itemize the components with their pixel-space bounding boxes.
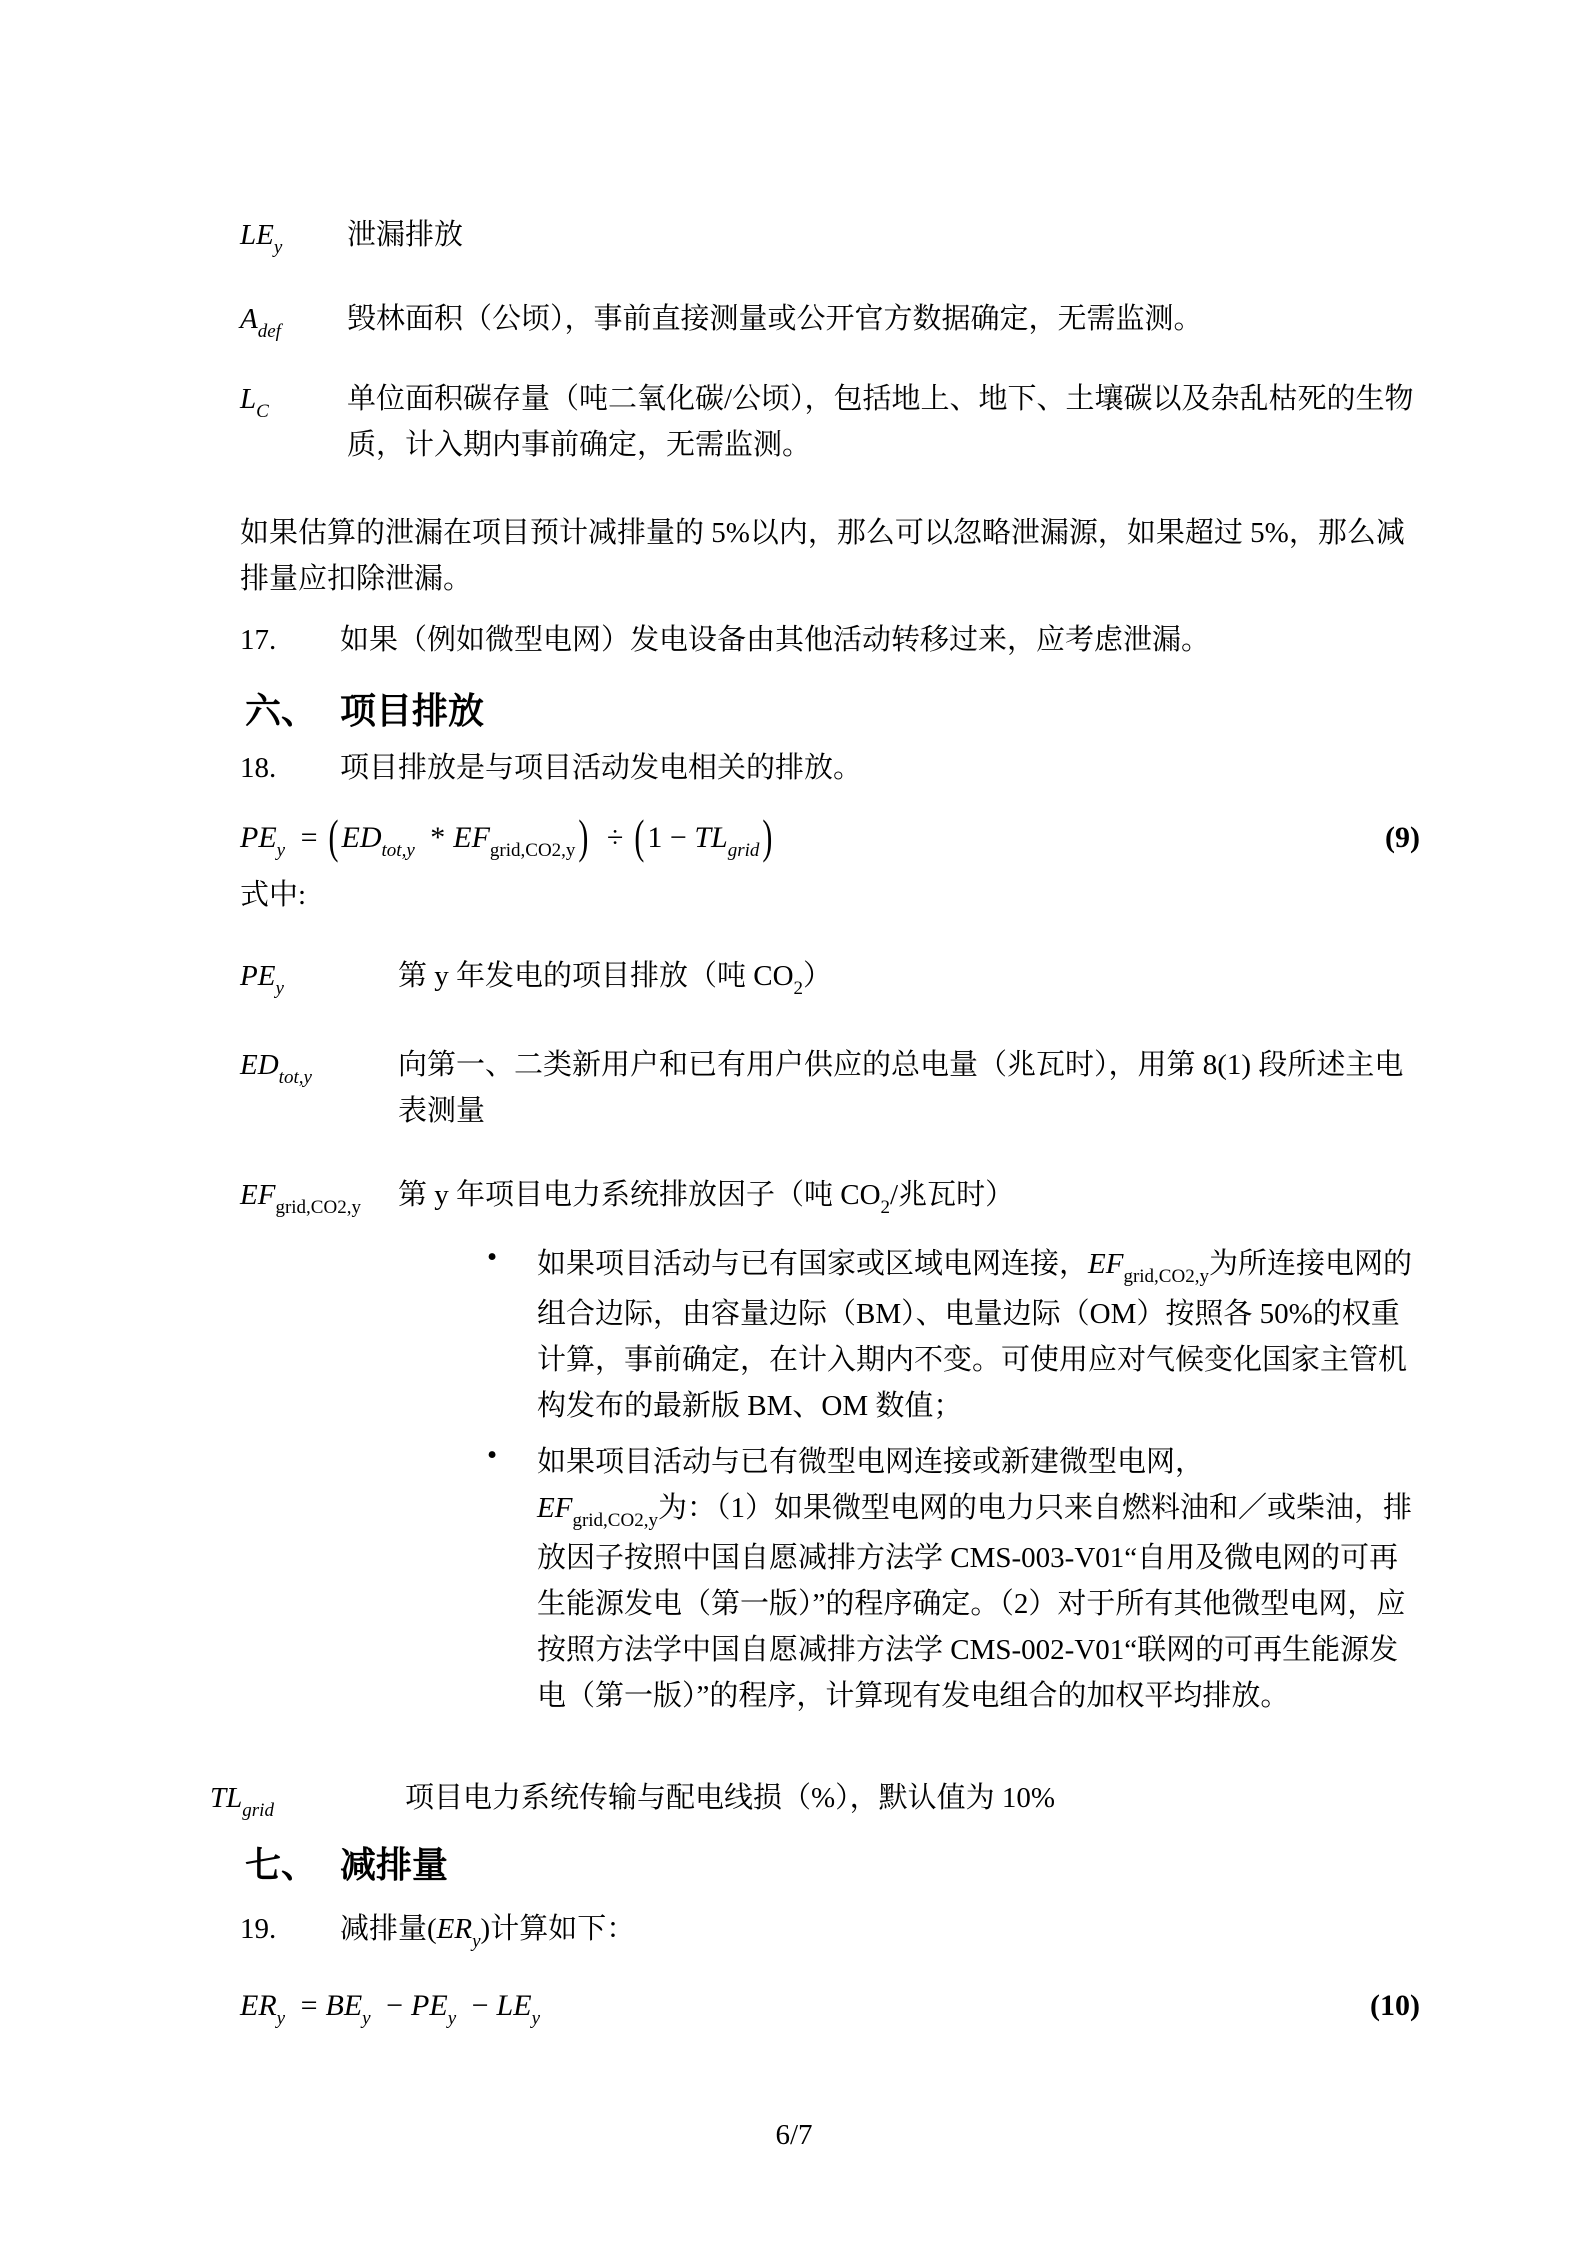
- formula-subscript: y: [277, 840, 285, 861]
- section-heading-6: 六、项目排放: [240, 686, 1420, 736]
- formula-subscript: tot,y: [382, 840, 415, 861]
- equals-sign: =: [301, 821, 318, 854]
- item-number: 17.: [240, 617, 340, 663]
- symbol-definition: 第 y 年发电的项目排放（吨 CO2）: [398, 953, 1420, 1003]
- heading-label: 减排量: [340, 1845, 448, 1885]
- symbol-base: L: [240, 383, 256, 415]
- minus-sign: −: [472, 1989, 489, 2022]
- formula-term: ED: [342, 821, 382, 854]
- item-text: 项目排放是与项目活动发电相关的排放。: [340, 752, 862, 784]
- definition-text: ）: [803, 960, 832, 992]
- symbol-definition: 向第一、二类新用户和已有用户供应的总电量（兆瓦时），用第 8(1) 段所述主电表…: [398, 1042, 1420, 1134]
- heading-number: 六、: [245, 686, 340, 736]
- symbol-base: LE: [240, 219, 274, 251]
- bullet-item-microgrid: • 如果项目活动与已有微型电网连接或新建微型电网， EFgrid,CO2,y为：…: [487, 1439, 1420, 1719]
- bullet-icon: •: [487, 1241, 537, 1429]
- open-paren: (: [634, 811, 644, 865]
- symbol-definition: 项目电力系统传输与配电线损（%），默认值为 10%: [405, 1775, 1420, 1825]
- symbol-base: ED: [240, 1049, 279, 1081]
- item-text-post: )计算如下：: [481, 1913, 636, 1945]
- symbol-subscript: tot,y: [279, 1067, 312, 1088]
- close-paren: ): [578, 811, 588, 865]
- formula-constant: 1 −: [647, 821, 686, 854]
- symbol-definition: 毁林面积（公顷），事前直接测量或公开官方数据确定，无需监测。: [347, 296, 1420, 346]
- symbol-definition: 第 y 年项目电力系统排放因子（吨 CO2/兆瓦时）: [398, 1172, 1420, 1222]
- symbol-row-ley: LEy 泄漏排放: [240, 212, 1420, 262]
- symbol-row-pe: PEy 第 y 年发电的项目排放（吨 CO2）: [240, 953, 1420, 1003]
- inline-formula-subscript: grid,CO2,y: [1123, 1266, 1209, 1287]
- item-19: 19.减排量(ERy)计算如下：: [240, 1906, 1420, 1956]
- item-number: 19.: [240, 1906, 340, 1952]
- equals-sign: =: [301, 1989, 318, 2022]
- formula-9: PEy =(EDtot,y *EFgrid,CO2,y) ÷(1 − TLgri…: [240, 808, 1420, 868]
- bullet-icon: •: [487, 1439, 537, 1719]
- symbol-subscript: C: [256, 401, 269, 422]
- bullet-text: 如果项目活动与已有国家或区域电网连接，EFgrid,CO2,y为所连接电网的组合…: [537, 1241, 1420, 1429]
- heading-label: 项目排放: [340, 691, 484, 731]
- formula-term: TL: [694, 821, 727, 854]
- symbol-row-ed: EDtot,y 向第一、二类新用户和已有用户供应的总电量（兆瓦时），用第 8(1…: [240, 1042, 1420, 1134]
- formula-9-expression: PEy =(EDtot,y *EFgrid,CO2,y) ÷(1 − TLgri…: [240, 821, 775, 855]
- item-number: 18.: [240, 745, 340, 791]
- symbol-base: A: [240, 303, 258, 335]
- item-17: 17.如果（例如微型电网）发电设备由其他活动转移过来，应考虑泄漏。: [240, 617, 1420, 663]
- minus-sign: −: [386, 1989, 403, 2022]
- inline-formula-base: EF: [1088, 1248, 1123, 1280]
- divide-sign: ÷: [607, 821, 623, 854]
- symbol-term: LEy: [240, 212, 347, 262]
- symbol-subscript: grid: [242, 1800, 274, 1821]
- formula-subscript: y: [532, 2008, 540, 2029]
- symbol-subscript: y: [274, 237, 282, 258]
- formula-subscript: grid: [728, 840, 760, 861]
- inline-formula-subscript: y: [472, 1931, 480, 1952]
- definition-text: /兆瓦时）: [890, 1179, 1014, 1211]
- formula-term: PE: [240, 821, 277, 854]
- symbol-base: EF: [240, 1179, 275, 1211]
- formula-10-expression: ERy =BEy −PEy −LEy: [240, 1989, 540, 2023]
- section-heading-7: 七、减排量: [240, 1840, 1420, 1890]
- heading-number: 七、: [245, 1840, 340, 1890]
- formula-term: LE: [497, 1989, 532, 2022]
- symbol-definition: 泄漏排放: [347, 212, 1420, 262]
- paragraph-leakage: 如果估算的泄漏在项目预计减排量的 5%以内，那么可以忽略泄漏源，如果超过 5%，…: [240, 510, 1420, 602]
- symbol-row-tl: TLgrid 项目电力系统传输与配电线损（%），默认值为 10%: [210, 1775, 1420, 1825]
- symbol-subscript: grid,CO2,y: [275, 1197, 361, 1218]
- bullet-text: 如果项目活动与已有微型电网连接或新建微型电网， EFgrid,CO2,y为：（1…: [537, 1439, 1420, 1719]
- inline-formula-subscript: grid,CO2,y: [572, 1510, 658, 1531]
- page-number: 6/7: [0, 2112, 1588, 2158]
- where-label: 式中:: [240, 872, 1420, 918]
- item-18: 18.项目排放是与项目活动发电相关的排放。: [240, 745, 1420, 791]
- symbol-term: EDtot,y: [240, 1042, 398, 1134]
- document-page: LEy 泄漏排放 Adef 毁林面积（公顷），事前直接测量或公开官方数据确定，无…: [0, 0, 1588, 2245]
- inline-formula-base: ER: [437, 1913, 472, 1945]
- item-text-pre: 减排量(: [340, 1913, 437, 1945]
- formula-subscript: y: [362, 2008, 370, 2029]
- definition-text: 第 y 年发电的项目排放（吨 CO: [398, 960, 794, 992]
- bullet-text-pre: 如果项目活动与已有国家或区域电网连接，: [537, 1248, 1088, 1280]
- symbol-term: Adef: [240, 296, 347, 346]
- symbol-base: TL: [210, 1782, 242, 1814]
- equation-number: (9): [1385, 821, 1420, 855]
- inline-formula-base: EF: [537, 1492, 572, 1524]
- symbol-term: PEy: [240, 953, 398, 1003]
- symbol-definition: 单位面积碳存量（吨二氧化碳/公顷），包括地上、地下、土壤碳以及杂乱枯死的生物质，…: [347, 376, 1420, 468]
- symbol-subscript: def: [258, 321, 281, 342]
- formula-10: ERy =BEy −PEy −LEy (10): [240, 1976, 1420, 2036]
- symbol-term: LC: [240, 376, 347, 468]
- bullet-list: • 如果项目活动与已有国家或区域电网连接，EFgrid,CO2,y为所连接电网的…: [240, 1241, 1420, 1719]
- symbol-term: EFgrid,CO2,y: [240, 1172, 398, 1222]
- formula-term: BE: [326, 1989, 363, 2022]
- formula-subscript: y: [277, 2008, 285, 2029]
- item-text: 如果（例如微型电网）发电设备由其他活动转移过来，应考虑泄漏。: [340, 624, 1210, 656]
- bullet-text-pre: 如果项目活动与已有微型电网连接或新建微型电网，: [537, 1446, 1204, 1478]
- formula-subscript: y: [448, 2008, 456, 2029]
- page-content: LEy 泄漏排放 Adef 毁林面积（公顷），事前直接测量或公开官方数据确定，无…: [240, 0, 1420, 2036]
- co2-subscript: 2: [794, 978, 804, 999]
- symbol-term: TLgrid: [210, 1775, 405, 1825]
- bullet-item-grid: • 如果项目活动与已有国家或区域电网连接，EFgrid,CO2,y为所连接电网的…: [487, 1241, 1420, 1429]
- formula-term: EF: [453, 821, 490, 854]
- symbol-subscript: y: [275, 978, 283, 999]
- symbol-row-ef: EFgrid,CO2,y 第 y 年项目电力系统排放因子（吨 CO2/兆瓦时）: [240, 1172, 1420, 1222]
- equation-number: (10): [1370, 1989, 1420, 2023]
- bullet-text-post: 为：（1）如果微型电网的电力只来自燃料油和／或柴油，排放因子按照中国自愿减排方法…: [537, 1492, 1412, 1712]
- symbol-row-lc: LC 单位面积碳存量（吨二氧化碳/公顷），包括地上、地下、土壤碳以及杂乱枯死的生…: [240, 376, 1420, 468]
- item-text: 减排量(ERy)计算如下：: [340, 1913, 635, 1945]
- formula-subscript: grid,CO2,y: [490, 840, 576, 861]
- symbol-base: PE: [240, 960, 275, 992]
- open-paren: (: [329, 811, 339, 865]
- formula-term: ER: [240, 1989, 277, 2022]
- definition-text: 第 y 年项目电力系统排放因子（吨 CO: [398, 1179, 881, 1211]
- multiply-sign: *: [430, 821, 445, 854]
- symbol-row-adef: Adef 毁林面积（公顷），事前直接测量或公开官方数据确定，无需监测。: [240, 296, 1420, 346]
- close-paren: ): [762, 811, 772, 865]
- co2-subscript: 2: [881, 1197, 891, 1218]
- formula-term: PE: [411, 1989, 448, 2022]
